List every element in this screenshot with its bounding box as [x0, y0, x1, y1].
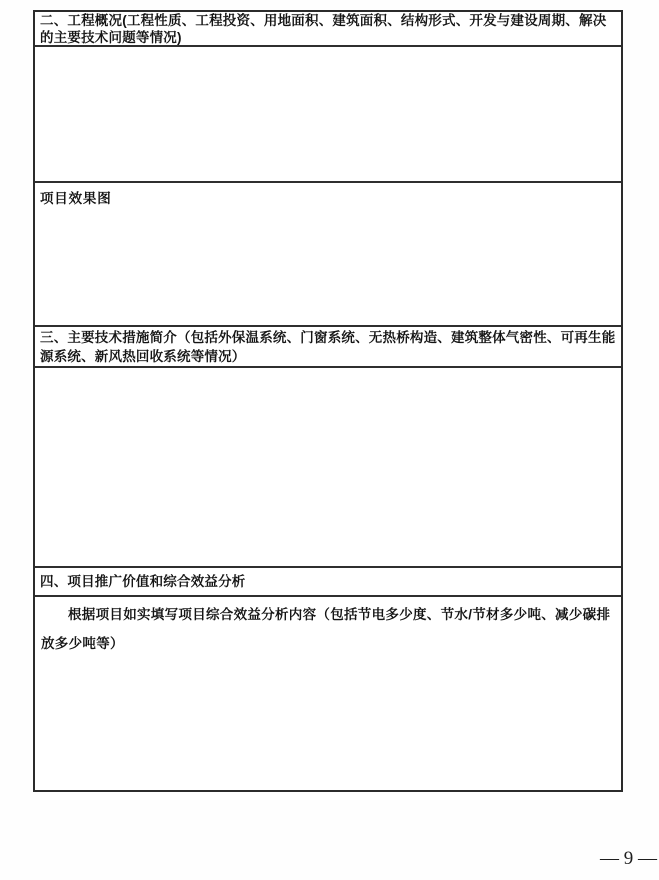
project-form-table: 二、工程概况(工程性质、工程投资、用地面积、建筑面积、结构形式、开发与建设周期、…: [33, 10, 623, 792]
section4-heading-row: 四、项目推广价值和综合效益分析: [35, 568, 621, 597]
section3-content-cell: [35, 368, 621, 568]
section2-content-cell: [35, 47, 621, 183]
section2-heading: 二、工程概况(工程性质、工程投资、用地面积、建筑面积、结构形式、开发与建设周期、…: [35, 12, 621, 46]
section3-heading-row: 三、主要技术措施简介（包括外保温系统、门窗系统、无热桥构造、建筑整体气密性、可再…: [35, 327, 621, 368]
section4-heading: 四、项目推广价值和综合效益分析: [35, 568, 621, 594]
effect-image-row: 项目效果图: [35, 183, 621, 327]
section4-hint-text: 根据项目如实填写项目综合效益分析内容（包括节电多少度、节水/节材多少吨、减少碳排…: [35, 597, 621, 658]
section4-content-cell: 根据项目如实填写项目综合效益分析内容（包括节电多少度、节水/节材多少吨、减少碳排…: [35, 597, 621, 790]
page-number: — 9 —: [587, 848, 657, 870]
section3-heading: 三、主要技术措施简介（包括外保温系统、门窗系统、无热桥构造、建筑整体气密性、可再…: [35, 327, 621, 366]
effect-image-label: 项目效果图: [35, 183, 621, 207]
section2-heading-row: 二、工程概况(工程性质、工程投资、用地面积、建筑面积、结构形式、开发与建设周期、…: [35, 12, 621, 47]
scanned-form-page: 二、工程概况(工程性质、工程投资、用地面积、建筑面积、结构形式、开发与建设周期、…: [0, 0, 659, 880]
